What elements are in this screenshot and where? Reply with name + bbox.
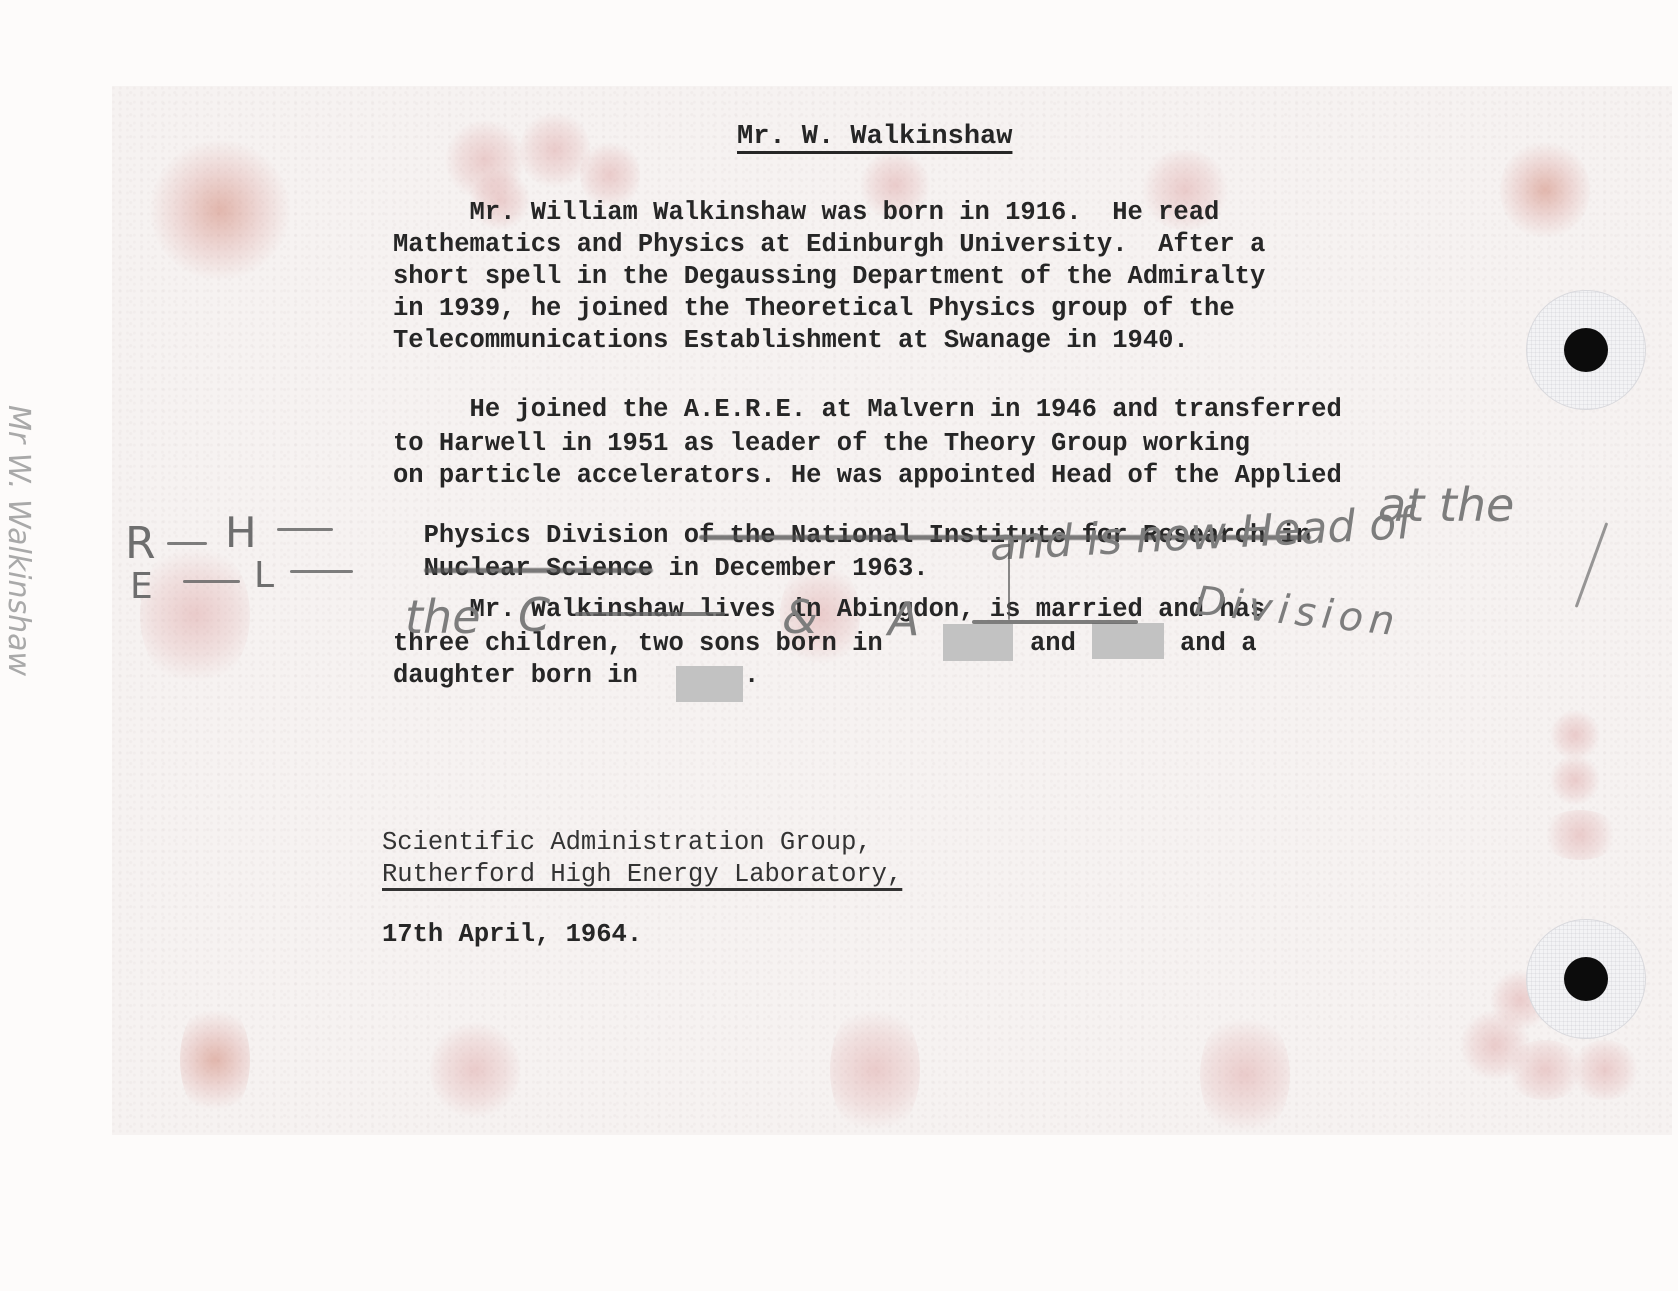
paragraph-3-line-3b: . (744, 663, 759, 689)
margin-name-note: Mr W. Walkinshaw (2, 405, 36, 885)
signature-group: Scientific Administration Group, (382, 830, 872, 856)
paragraph-1-line-4: in 1939, he joined the Theoretical Physi… (393, 296, 1235, 322)
document-date: 17th April, 1964. (382, 922, 642, 948)
stain (150, 140, 290, 280)
stain (1540, 810, 1620, 860)
pencil-caret-line (1008, 540, 1010, 620)
stain (430, 1020, 520, 1120)
redaction-box (1092, 623, 1164, 659)
stain (180, 1000, 250, 1120)
struck-text: Nuclear Science (424, 554, 654, 583)
paragraph-1-line-1: Mr. William Walkinshaw was born in 1916.… (393, 200, 1219, 226)
paragraph-2-line-2: to Harwell in 1951 as leader of the Theo… (393, 431, 1250, 457)
paragraph-3-line-3a: daughter born in (393, 663, 638, 689)
stain (1570, 1040, 1640, 1100)
stain (140, 540, 250, 690)
pencil-blank-line (575, 612, 725, 616)
handwritten-insert-c: C (518, 588, 550, 642)
paragraph-3-line-2c: and a (1180, 631, 1257, 657)
margin-code-h: H (225, 508, 257, 557)
margin-code-e: E (130, 566, 153, 607)
punch-hole-reinforcement (1526, 919, 1646, 1039)
margin-code-dash (167, 542, 207, 545)
signature-laboratory: Rutherford High Energy Laboratory, (382, 862, 902, 888)
paragraph-1-line-2: Mathematics and Physics at Edinburgh Uni… (393, 232, 1265, 258)
paragraph-2-line-5: Nuclear Science in December 1963. (393, 530, 929, 581)
stain (1550, 710, 1600, 760)
paragraph-1-line-3: short spell in the Degaussing Department… (393, 264, 1265, 290)
paragraph-1-line-5: Telecommunications Establishment at Swan… (393, 328, 1189, 354)
margin-code-dash (277, 528, 333, 531)
stain (1550, 755, 1600, 805)
stain (830, 1000, 920, 1140)
handwritten-insert-ampersand: & (782, 590, 818, 644)
paragraph-2-line-3: on particle accelerators. He was appoint… (393, 463, 1342, 489)
paragraph-3-line-2b: and (1030, 631, 1076, 657)
stain (1500, 140, 1590, 240)
paragraph-2-line-1: He joined the A.E.R.E. at Malvern in 194… (393, 397, 1342, 423)
stain (1200, 1010, 1290, 1140)
margin-code-dash (183, 580, 240, 583)
document-title: Mr. W. Walkinshaw (737, 124, 1012, 151)
punch-hole-icon (1564, 328, 1608, 372)
pencil-blank-line (972, 620, 1138, 624)
margin-code-r: R (125, 518, 156, 569)
punch-hole-reinforcement (1526, 290, 1646, 410)
redaction-box (676, 666, 743, 702)
margin-code-dash (290, 570, 353, 573)
paragraph-2-line-5-kept: in December 1963. (653, 554, 928, 583)
handwritten-insert-a: A (888, 592, 919, 646)
handwritten-insert-the: the (405, 590, 481, 644)
redaction-box (943, 624, 1013, 661)
punch-hole-icon (1564, 957, 1608, 1001)
margin-code-l: L (254, 555, 274, 596)
